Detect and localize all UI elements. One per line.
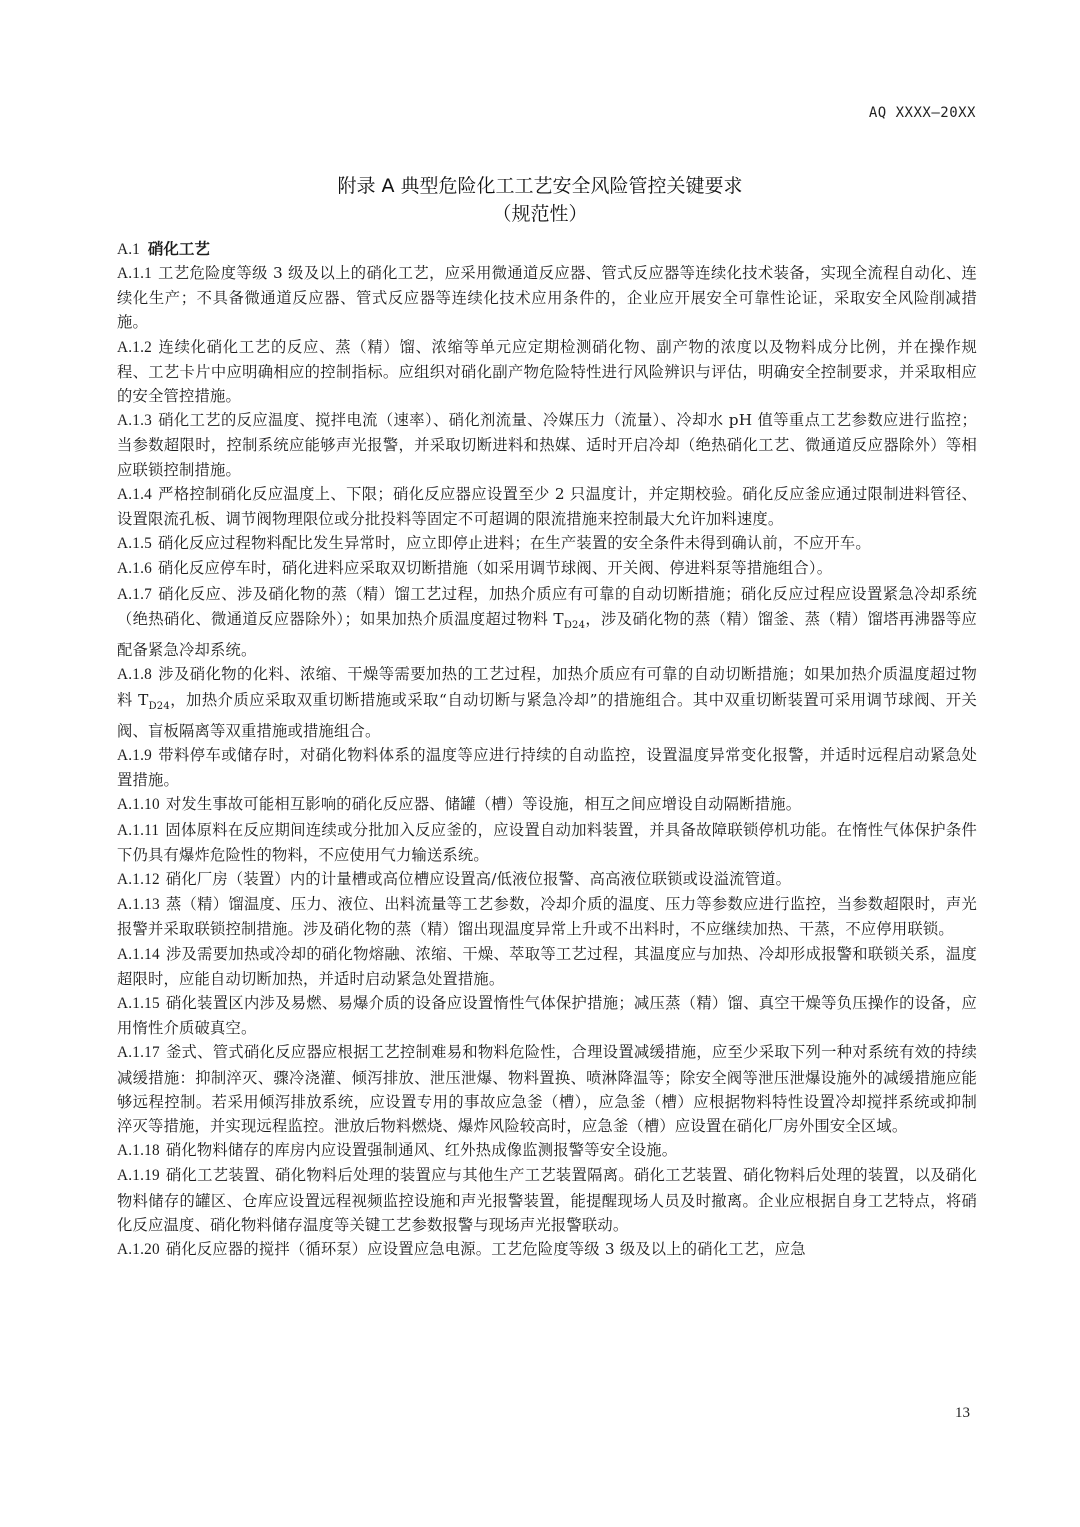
clause-text: 硝化反应过程物料配比发生异常时，应立即停止进料；在生产装置的安全条件未得到确认前… — [158, 534, 871, 552]
clause-text: 连续化硝化工艺的反应、蒸（精）馏、浓缩等单元应定期检测硝化物、副产物的浓度以及物… — [117, 338, 977, 405]
clause-text: 硝化物料储存的库房内应设置强制通风、红外热成像监测报警等安全设施。 — [166, 1141, 677, 1159]
clause: A.1.13蒸（精）馏温度、压力、液位、出料流量等工艺参数，冷却介质的温度、压力… — [117, 892, 977, 941]
clause-number: A.1.12 — [117, 871, 160, 888]
clause-text: 硝化工艺的反应温度、搅拌电流（速率）、硝化剂流量、冷媒压力（流量）、冷却水 pH… — [117, 411, 977, 478]
clause: A.1.4严格控制硝化反应温度上、下限；硝化反应器应设置至少 2 只温度计，并定… — [117, 482, 977, 531]
clause-text: 蒸（精）馏温度、压力、液位、出料流量等工艺参数，冷却介质的温度、压力等参数应进行… — [117, 895, 977, 938]
clause-text: 硝化工艺装置、硝化物料后处理的装置应与其他生产工艺装置隔离。硝化工艺装置、硝化物… — [117, 1166, 977, 1233]
clause-text: 固体原料在反应期间连续或分批加入反应釜的，应设置自动加料装置，并具备故障联锁停机… — [117, 821, 977, 864]
clause-number: A.1.11 — [117, 822, 159, 839]
clause-number: A.1.10 — [117, 796, 160, 813]
section-title: 硝化工艺 — [148, 240, 210, 258]
clause-number: A.1.2 — [117, 339, 152, 356]
clause: A.1.18硝化物料储存的库房内应设置强制通风、红外热成像监测报警等安全设施。 — [117, 1138, 977, 1163]
section-heading: A.1硝化工艺 — [117, 238, 210, 261]
clause: A.1.7硝化反应、涉及硝化物的蒸（精）馏工艺过程，加热介质应有可靠的自动切断措… — [117, 582, 977, 663]
clause: A.1.11固体原料在反应期间连续或分批加入反应釜的，应设置自动加料装置，并具备… — [117, 818, 977, 867]
clause-number: A.1.3 — [117, 412, 152, 429]
clause-text: 对发生事故可能相互影响的硝化反应器、储罐（槽）等设施，相互之间应增设自动隔断措施… — [166, 795, 801, 813]
clause-number: A.1.18 — [117, 1142, 160, 1159]
clause-text-tail: ，加热介质应采取双重切断措施或采取“自动切断与紧急冷却”的措施组合。其中双重切断… — [117, 691, 977, 740]
clause-text: 硝化厂房（装置）内的计量槽或高位槽应设置高/低液位报警、高高液位联锁或设溢流管道… — [166, 870, 791, 888]
clause: A.1.5硝化反应过程物料配比发生异常时，应立即停止进料；在生产装置的安全条件未… — [117, 531, 977, 556]
appendix-title-block: 附录 A 典型危险化工工艺安全风险管控关键要求 （规范性） — [0, 172, 1080, 228]
page-number: 13 — [955, 1405, 970, 1422]
clause: A.1.1工艺危险度等级 3 级及以上的硝化工艺，应采用微通道反应器、管式反应器… — [117, 261, 977, 335]
clause: A.1.17釜式、管式硝化反应器应根据工艺控制难易和物料危险性，合理设置减缓措施… — [117, 1040, 977, 1138]
subscript: D24 — [149, 701, 170, 712]
clause-text: 硝化装置区内涉及易燃、易爆介质的设备应设置惰性气体保护措施；减压蒸（精）馏、真空… — [117, 994, 977, 1037]
clause-text: 严格控制硝化反应温度上、下限；硝化反应器应设置至少 2 只温度计，并定期校验。硝… — [117, 485, 977, 528]
clause: A.1.19硝化工艺装置、硝化物料后处理的装置应与其他生产工艺装置隔离。硝化工艺… — [117, 1163, 977, 1237]
clause: A.1.20硝化反应器的搅拌（循环泵）应设置应急电源。工艺危险度等级 3 级及以… — [117, 1237, 977, 1262]
clause: A.1.15硝化装置区内涉及易燃、易爆介质的设备应设置惰性气体保护措施；减压蒸（… — [117, 991, 977, 1040]
clause-text: 硝化反应器的搅拌（循环泵）应设置应急电源。工艺危险度等级 3 级及以上的硝化工艺… — [166, 1240, 806, 1258]
clause-number: A.1.20 — [117, 1241, 160, 1258]
appendix-subtitle: （规范性） — [0, 200, 1080, 228]
clause-number: A.1.14 — [117, 946, 160, 963]
clause-number: A.1.8 — [117, 666, 152, 683]
clause-number: A.1.7 — [117, 586, 152, 603]
clause: A.1.6硝化反应停车时，硝化进料应采取双切断措施（如采用调节球阀、开关阀、停进… — [117, 556, 977, 581]
clause: A.1.2连续化硝化工艺的反应、蒸（精）馏、浓缩等单元应定期检测硝化物、副产物的… — [117, 335, 977, 409]
clause: A.1.3硝化工艺的反应温度、搅拌电流（速率）、硝化剂流量、冷媒压力（流量）、冷… — [117, 408, 977, 482]
standard-code: AQ XXXX—20XX — [869, 105, 976, 121]
clause-list: A.1.1工艺危险度等级 3 级及以上的硝化工艺，应采用微通道反应器、管式反应器… — [117, 261, 977, 1262]
clause-number: A.1.5 — [117, 535, 152, 552]
clause-number: A.1.1 — [117, 265, 152, 282]
clause-number: A.1.13 — [117, 896, 160, 913]
clause-number: A.1.6 — [117, 560, 152, 577]
clause: A.1.8涉及硝化物的化料、浓缩、干燥等需要加热的工艺过程，加热介质应有可靠的自… — [117, 662, 977, 743]
clause: A.1.14涉及需要加热或冷却的硝化物熔融、浓缩、干燥、萃取等工艺过程，其温度应… — [117, 942, 977, 991]
clause: A.1.10对发生事故可能相互影响的硝化反应器、储罐（槽）等设施，相互之间应增设… — [117, 792, 977, 817]
clause-number: A.1.4 — [117, 486, 152, 503]
clause-text: 硝化反应停车时，硝化进料应采取双切断措施（如采用调节球阀、开关阀、停进料泵等措施… — [158, 559, 832, 577]
appendix-title: 附录 A 典型危险化工工艺安全风险管控关键要求 — [0, 172, 1080, 200]
clause-number: A.1.19 — [117, 1167, 160, 1184]
clause-text: 涉及需要加热或冷却的硝化物熔融、浓缩、干燥、萃取等工艺过程，其温度应与加热、冷却… — [117, 945, 977, 988]
section-number: A.1 — [117, 241, 140, 258]
clause-number: A.1.9 — [117, 747, 152, 764]
clause-text: 釜式、管式硝化反应器应根据工艺控制难易和物料危险性，合理设置减缓措施，应至少采取… — [117, 1043, 977, 1135]
clause-number: A.1.17 — [117, 1044, 160, 1061]
clause-text: 工艺危险度等级 3 级及以上的硝化工艺，应采用微通道反应器、管式反应器等连续化技… — [117, 264, 977, 331]
subscript: D24 — [564, 620, 585, 631]
clause-text: 带料停车或储存时，对硝化物料体系的温度等应进行持续的自动监控，设置温度异常变化报… — [117, 746, 977, 789]
clause: A.1.9带料停车或储存时，对硝化物料体系的温度等应进行持续的自动监控，设置温度… — [117, 743, 977, 792]
clause-number: A.1.15 — [117, 995, 160, 1012]
clause: A.1.12硝化厂房（装置）内的计量槽或高位槽应设置高/低液位报警、高高液位联锁… — [117, 867, 977, 892]
